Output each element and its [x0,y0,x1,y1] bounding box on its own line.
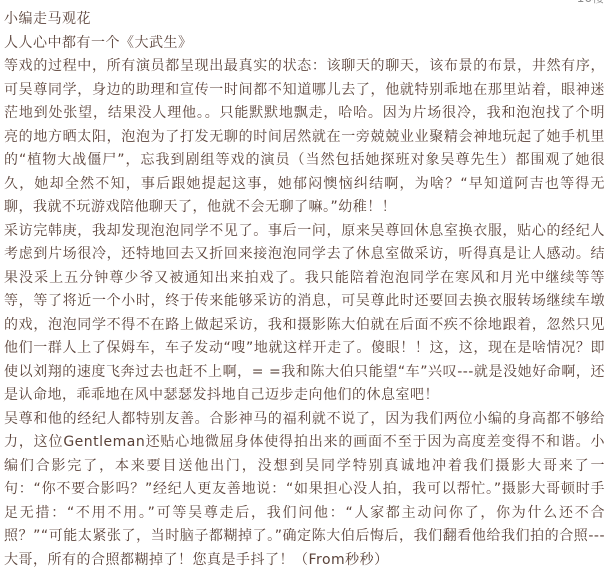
post-body: 小编走马观花 人人心中都有一个《大武生》 等戏的过程中，所有演员都呈现出最真实的… [0,0,608,572]
post-byline: 小编走马观花 [4,8,605,32]
post-paragraph: 吴尊和他的经纪人都特别友善。合影神马的福利就不说了，因为我们两位小编的身高都不够… [4,408,605,573]
post-page: 16楼 小编走马观花 人人心中都有一个《大武生》 等戏的过程中，所有演员都呈现出… [0,0,608,582]
post-paragraph: 采访完韩庚，我却发现泡泡同学不见了。事后一问，原来吴尊回休息室换衣服，贴心的经纪… [4,220,605,408]
post-paragraph: 等戏的过程中，所有演员都呈现出最真实的状态：该聊天的聊天，该布景的布景，井然有序… [4,55,605,220]
floor-number-label: 16楼 [577,0,604,5]
post-title: 人人心中都有一个《大武生》 [4,32,605,56]
